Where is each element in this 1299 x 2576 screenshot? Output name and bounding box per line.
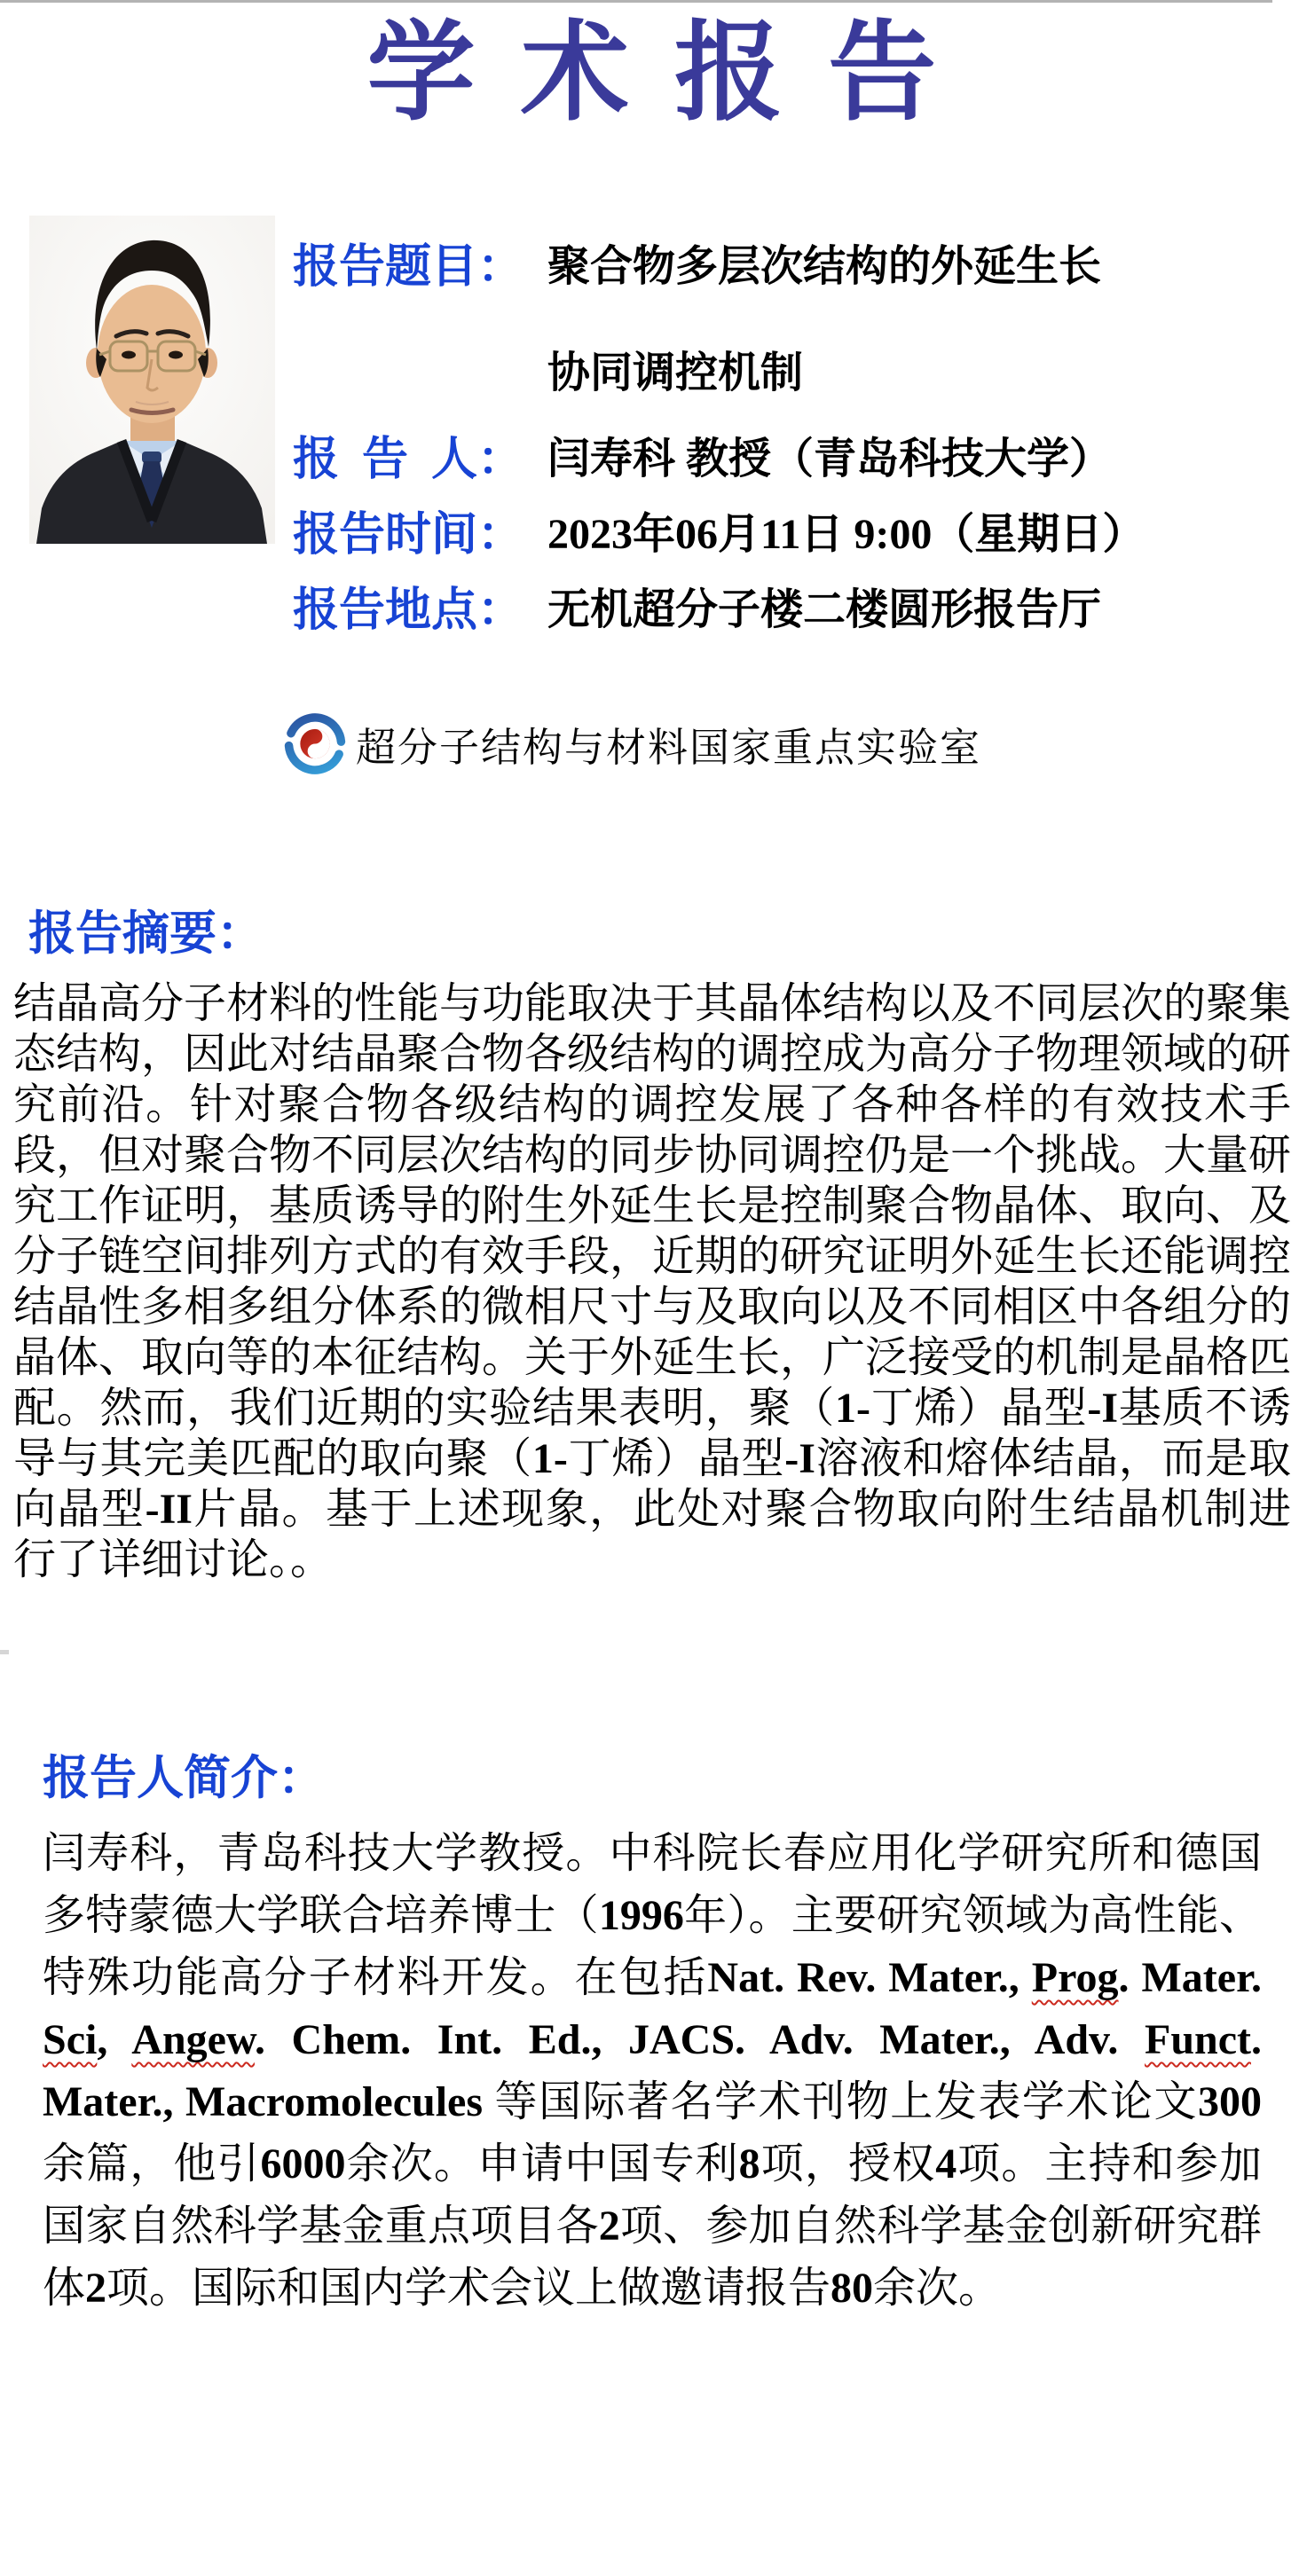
bio-heading: 报告人简介： bbox=[43, 1753, 325, 1804]
stray-mark bbox=[0, 1650, 9, 1654]
time-label: 报告时间： bbox=[293, 509, 524, 562]
speaker-value: 闫寿科 教授（青岛科技大学） bbox=[547, 434, 1112, 485]
report-title-value-line2: 协同调控机制 bbox=[547, 348, 803, 399]
report-title-label: 报告题目： bbox=[293, 241, 524, 295]
abstract-heading: 报告摘要： bbox=[28, 908, 264, 960]
abstract-text: 结晶高分子材料的性能与功能取决于其晶体结构以及不同层次的聚集态结构，因此对结晶聚… bbox=[13, 978, 1291, 1585]
location-label: 报告地点： bbox=[293, 585, 524, 638]
laboratory-logo-icon bbox=[279, 706, 350, 781]
lecture-announcement-page: { "page": { "title": "学术报告", "title_colo… bbox=[0, 0, 1299, 2576]
laboratory-row: 超分子结构与材料国家重点实验室 bbox=[279, 703, 981, 783]
time-value: 2023年06月11日 9:00（星期日） bbox=[547, 509, 1145, 561]
location-value: 无机超分子楼二楼圆形报告厅 bbox=[547, 585, 1101, 636]
speaker-photo bbox=[29, 216, 275, 544]
laboratory-name: 超分子结构与材料国家重点实验室 bbox=[356, 715, 981, 773]
top-border-line bbox=[0, 0, 1272, 3]
speaker-label: 报 告 人： bbox=[293, 434, 524, 487]
speaker-portrait-illustration bbox=[29, 216, 275, 544]
bio-text: 闫寿科，青岛科技大学教授。中科院长春应用化学研究所和德国多特蒙德大学联合培养博士… bbox=[43, 1823, 1262, 2320]
page-title: 学术报告 bbox=[367, 12, 982, 131]
report-title-value-line1: 聚合物多层次结构的外延生长 bbox=[547, 241, 1101, 293]
